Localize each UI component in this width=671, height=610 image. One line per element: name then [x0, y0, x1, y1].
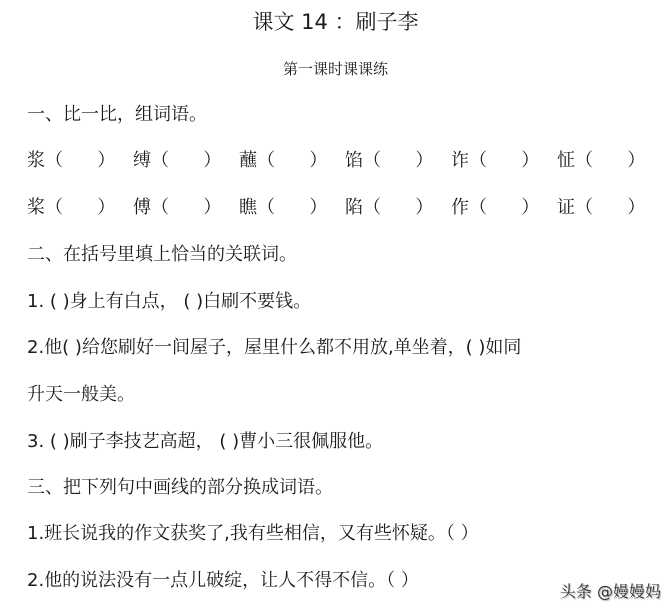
- section3-heading: 三、把下列句中画线的部分换成词语。: [27, 473, 333, 499]
- watermark: 头条 @嫚嫚妈: [560, 579, 661, 602]
- word-cell: 证（ ）: [557, 193, 663, 219]
- word-row-2: 桨（ ） 傅（ ） 瞧（ ） 陷（ ） 作（ ） 证（ ）: [27, 193, 663, 219]
- answer-blank: （ ）: [257, 193, 315, 219]
- word-cell: 陷（ ）: [345, 193, 451, 219]
- section2-question-2-cont: 升天一般美。: [27, 380, 135, 406]
- section2-question-1: 1. ( )身上有白点， ( )白刷不要钱。: [27, 287, 311, 313]
- answer-blank: （ ）: [469, 193, 527, 219]
- answer-blank: （ ）: [257, 146, 315, 172]
- page-subtitle: 第一课时课课练: [0, 58, 671, 79]
- answer-blank: （ ）: [151, 146, 209, 172]
- word-cell: 缚（ ）: [133, 146, 239, 172]
- section2-question-2: 2.他( )给您刷好一间屋子，屋里什么都不用放,单坐着，( )如同: [27, 333, 521, 359]
- word-cell: 傅（ ）: [133, 193, 239, 219]
- word-cell: 怔（ ）: [557, 146, 663, 172]
- section2-question-3: 3. ( )刷子李技艺高超， ( )曹小三很佩服他。: [27, 427, 383, 453]
- word-cell: 蘸（ ）: [239, 146, 345, 172]
- section3-question-2: 2.他的说法没有一点儿破绽，让人不得不信。（ ）: [27, 566, 419, 592]
- word-row-1: 浆（ ） 缚（ ） 蘸（ ） 馅（ ） 诈（ ） 怔（ ）: [27, 146, 663, 172]
- word-cell: 瞧（ ）: [239, 193, 345, 219]
- answer-blank: （ ）: [575, 193, 633, 219]
- page-title: 课文 14 ：刷子李: [0, 6, 671, 36]
- answer-blank: （ ）: [151, 193, 209, 219]
- word-cell: 诈（ ）: [451, 146, 557, 172]
- answer-blank: （ ）: [45, 146, 103, 172]
- word-cell: 作（ ）: [451, 193, 557, 219]
- answer-blank: （ ）: [469, 146, 527, 172]
- answer-blank: （ ）: [363, 193, 421, 219]
- answer-blank: （ ）: [363, 146, 421, 172]
- word-cell: 浆（ ）: [27, 146, 133, 172]
- word-cell: 馅（ ）: [345, 146, 451, 172]
- section1-heading: 一、比一比，组词语。: [27, 100, 207, 126]
- answer-blank: （ ）: [45, 193, 103, 219]
- word-cell: 桨（ ）: [27, 193, 133, 219]
- section2-heading: 二、在括号里填上恰当的关联词。: [27, 240, 297, 266]
- section3-question-1: 1.班长说我的作文获奖了,我有些相信，又有些怀疑。（ ）: [27, 519, 479, 545]
- answer-blank: （ ）: [575, 146, 633, 172]
